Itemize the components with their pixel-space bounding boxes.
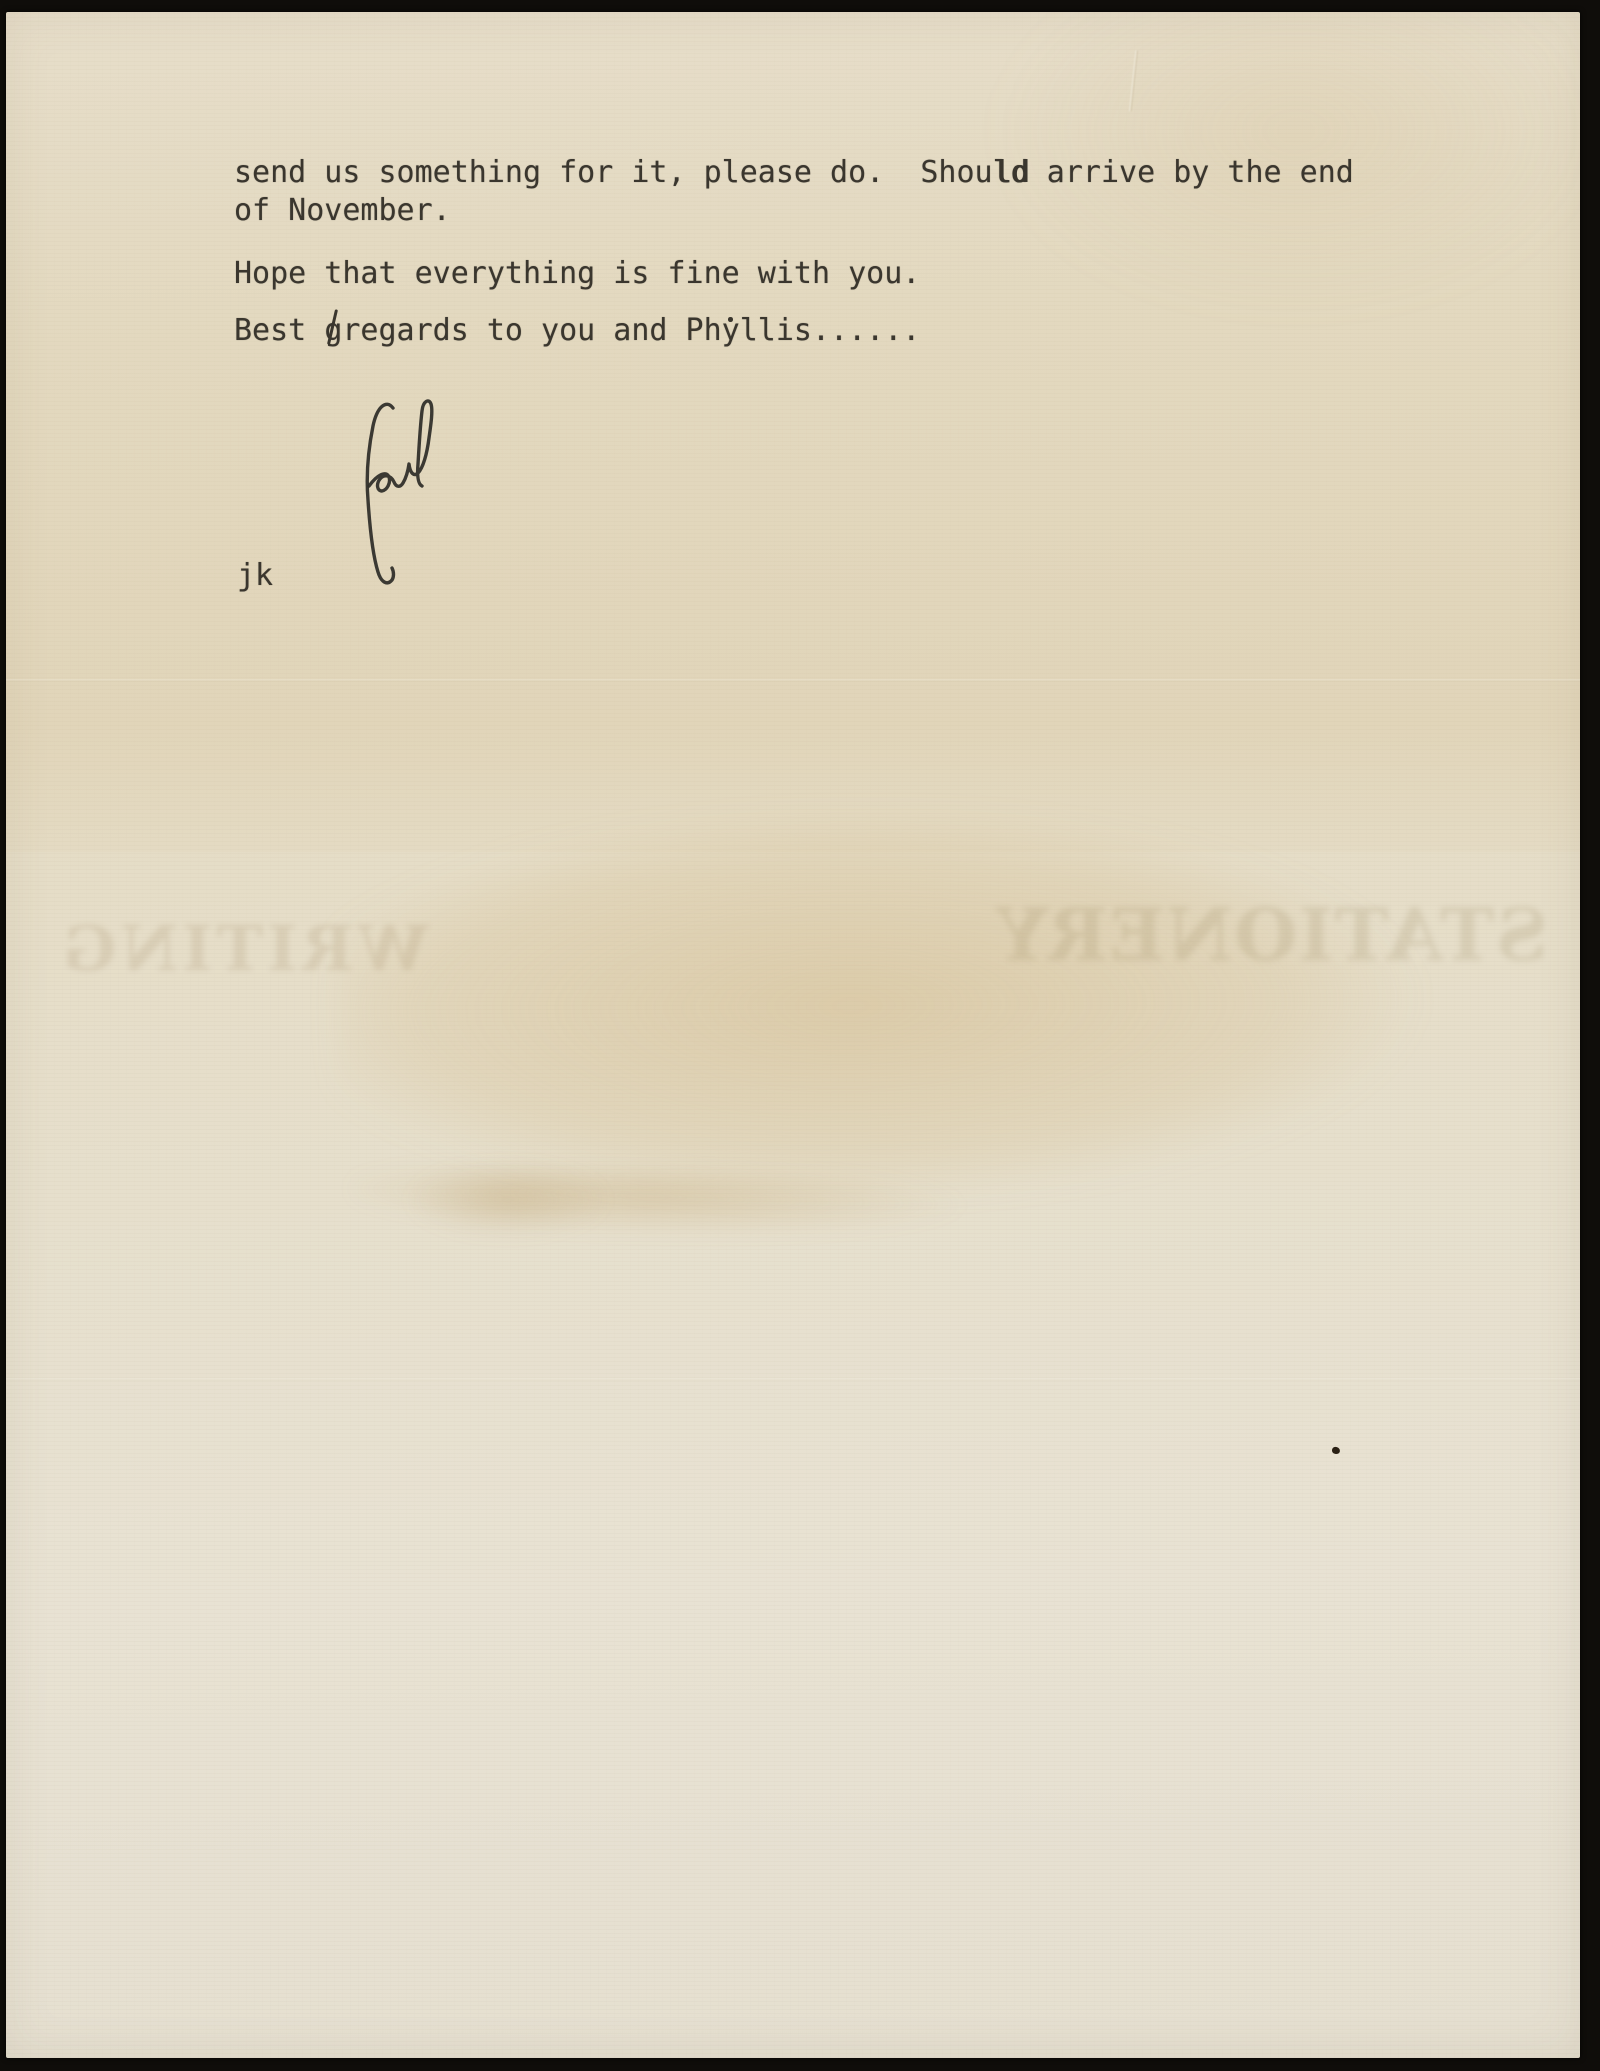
typewritten-segment-strike: g: [324, 312, 342, 350]
typewritten-segment: arrive by the end: [1029, 155, 1354, 190]
typewritten-line: jk: [237, 557, 273, 595]
typewritten-line: Hope that everything is fine with you.: [234, 255, 920, 293]
typewritten-segment: Hope that everything is fine with you.: [234, 256, 920, 291]
paragraph-regards: Best gregards to you and Phyllis......: [234, 312, 920, 350]
letter-page: WRITING STATIONERY send us something for…: [6, 12, 1580, 2058]
typewritten-segment: Best: [234, 313, 324, 348]
typewritten-segment: send us something for it, please do. Sho…: [234, 155, 993, 190]
typewritten-segment: llis......: [740, 313, 921, 348]
typewritten-segment: regards to you and Ph: [342, 313, 721, 348]
typewritten-line: of November.: [234, 192, 1354, 230]
typewritten-segment-overstrike: ld: [993, 155, 1029, 190]
typewritten-line: send us something for it, please do. Sho…: [234, 154, 1354, 192]
typewritten-line: Best gregards to you and Phyllis......: [234, 312, 920, 350]
typewritten-segment-overdot: y: [722, 312, 740, 350]
signature-stroke-loop-tail: [367, 404, 393, 583]
signature-stroke-letters: [369, 401, 432, 491]
paragraph-hope: Hope that everything is fine with you.: [234, 255, 920, 293]
handwritten-signature-paul: Paul: [349, 396, 441, 594]
typist-initials: jk: [237, 557, 273, 595]
paragraph-arrival: send us something for it, please do. Sho…: [234, 154, 1354, 230]
typewritten-segment: of November.: [234, 193, 451, 228]
